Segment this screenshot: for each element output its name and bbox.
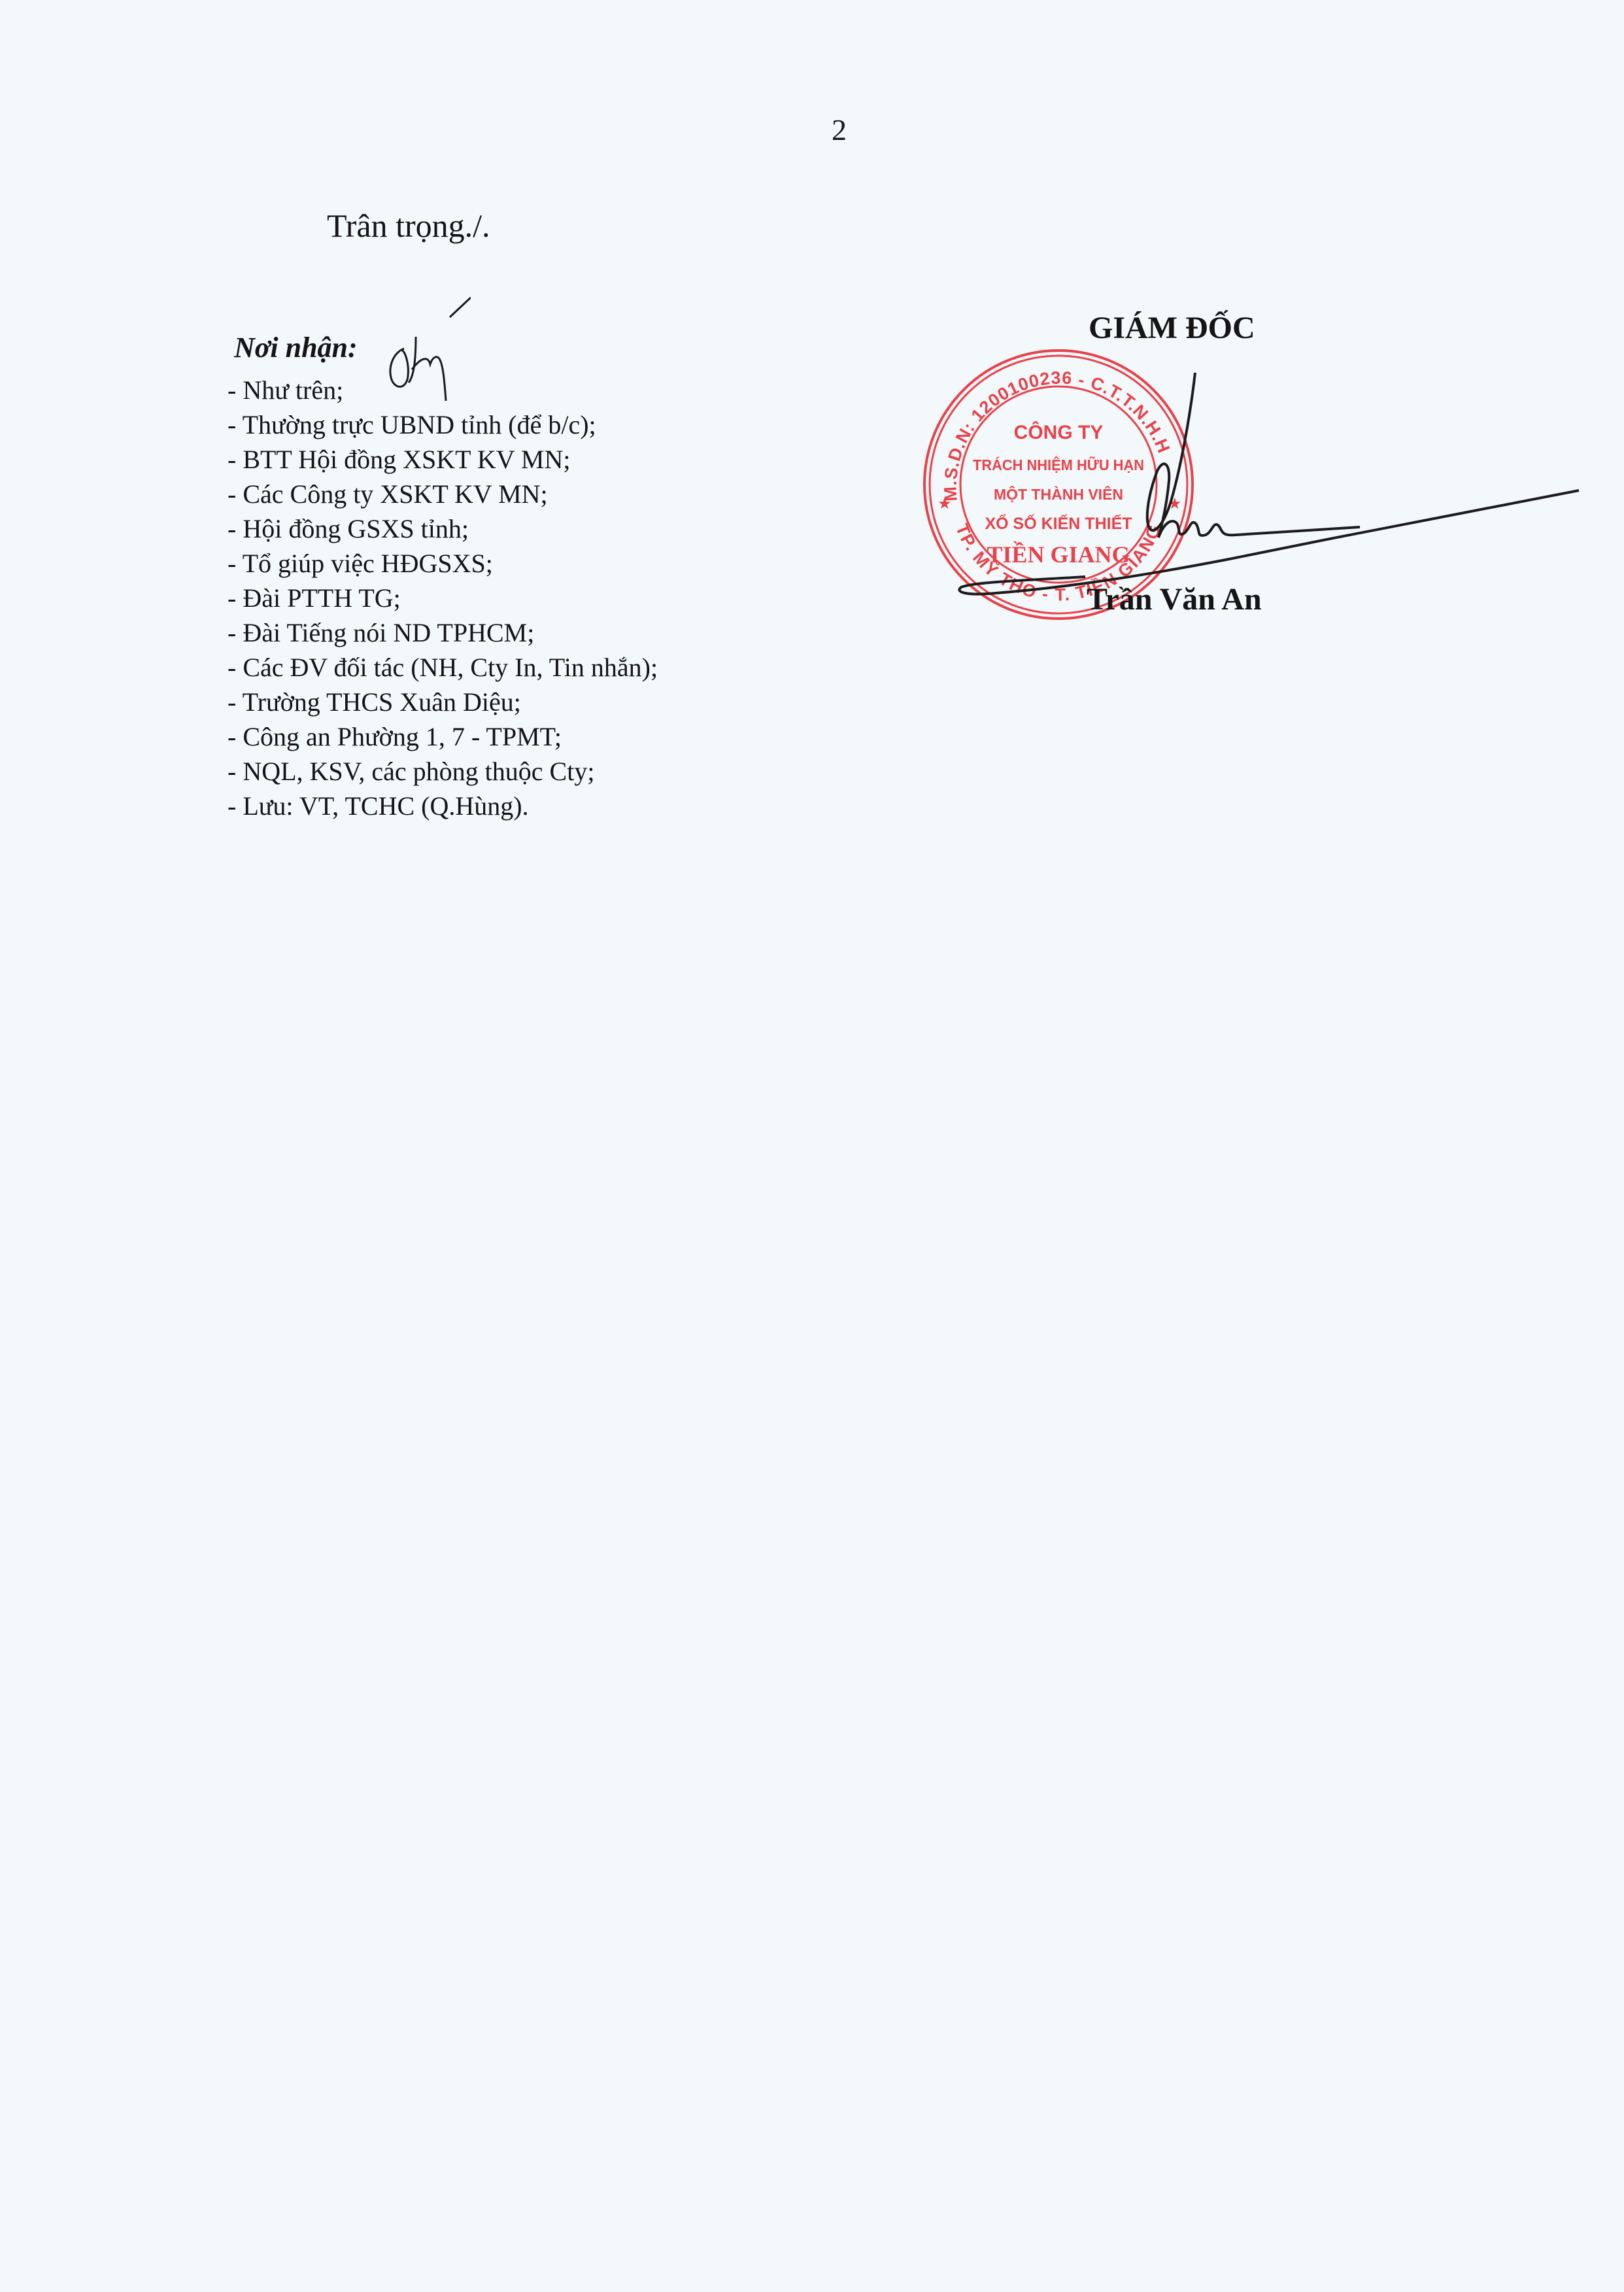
recipient-item: - Thường trực UBND tỉnh (để b/c); <box>228 407 658 442</box>
recipient-item: - Hội đồng GSXS tỉnh; <box>228 511 658 546</box>
recipient-item: - Công an Phường 1, 7 - TPMT; <box>228 719 658 754</box>
recipient-item: - Các ĐV đối tác (NH, Cty In, Tin nhắn); <box>228 650 658 685</box>
recipient-item: - Như trên; <box>228 373 658 407</box>
signer-title: GIÁM ĐỐC <box>1089 313 1255 344</box>
closing-salutation: Trân trọng./. <box>327 209 490 242</box>
page-number: 2 <box>832 115 847 145</box>
recipient-item: - Đài PTTH TG; <box>228 581 658 615</box>
recipients-list: - Như trên; - Thường trực UBND tỉnh (để … <box>228 373 658 823</box>
signer-name: Trần Văn An <box>1087 584 1262 615</box>
recipient-item: - Trường THCS Xuân Diệu; <box>228 685 658 719</box>
recipient-item: - Tổ giúp việc HĐGSXS; <box>228 546 658 581</box>
recipient-item: - Đài Tiếng nói ND TPHCM; <box>228 615 658 650</box>
recipient-item: - BTT Hội đồng XSKT KV MN; <box>228 442 658 477</box>
recipients-heading: Nơi nhận: <box>234 334 358 362</box>
recipient-item: - Các Công ty XSKT KV MN; <box>228 477 658 511</box>
recipient-item: - Lưu: VT, TCHC (Q.Hùng). <box>228 789 658 823</box>
recipient-item: - NQL, KSV, các phòng thuộc Cty; <box>228 754 658 789</box>
